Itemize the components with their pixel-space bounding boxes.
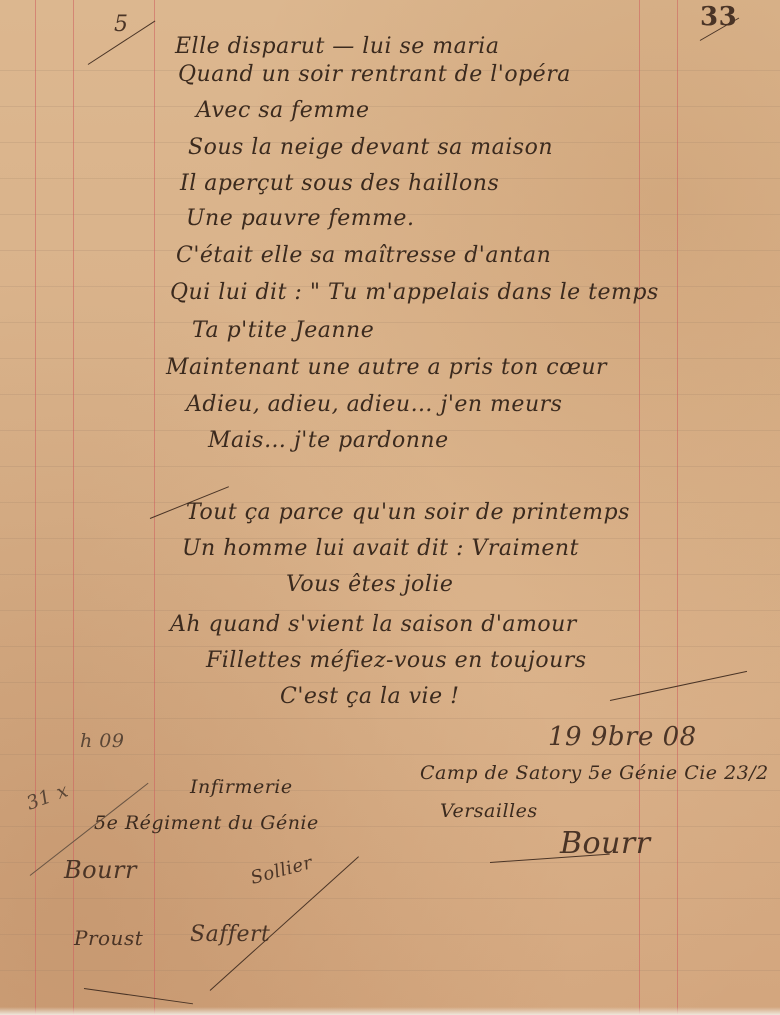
date: 19 9bre 08	[548, 722, 697, 752]
lyric-line: Tout ça parce qu'un soir de printemps	[186, 500, 630, 525]
lyric-line: Il aperçut sous des haillons	[180, 171, 499, 196]
lyric-line: Une pauvre femme.	[186, 206, 414, 231]
ruled-line	[0, 790, 780, 791]
lyric-line: Elle disparut — lui se maria	[175, 34, 499, 59]
lyric-line: Sous la neige devant sa maison	[188, 135, 553, 160]
location-line: Camp de Satory 5e Génie Cie 23/2	[420, 762, 769, 784]
lyric-line: Mais… j'te pardonne	[208, 428, 449, 453]
lyric-line: C'est ça la vie !	[280, 684, 459, 709]
signature-flourish	[84, 988, 193, 1004]
margin-line	[677, 0, 678, 1015]
margin-line	[639, 0, 640, 1015]
lyric-line: Avec sa femme	[196, 98, 370, 123]
notebook-page: 5 33 Elle disparut — lui se maria Quand …	[0, 0, 780, 1015]
ruled-line	[0, 970, 780, 971]
lyric-line: C'était elle sa maîtresse d'antan	[176, 243, 551, 268]
lyric-line: Qui lui dit : " Tu m'appelais dans le te…	[170, 280, 659, 305]
lyric-line: Ah quand s'vient la saison d'amour	[170, 612, 577, 637]
page-edge	[0, 1007, 780, 1015]
lyric-line: Ta p'tite Jeanne	[192, 318, 374, 343]
page-number: 33	[700, 2, 737, 32]
lyric-line: Fillettes méfiez-vous en toujours	[206, 648, 587, 673]
ruled-line	[0, 754, 780, 755]
signature: Sollier	[248, 852, 314, 889]
margin-note: 31 x	[24, 779, 72, 814]
ruled-line	[0, 682, 780, 683]
stamp-line: 5e Régiment du Génie	[94, 812, 319, 834]
ruled-line	[0, 646, 780, 647]
lyric-line: Un homme lui avait dit : Vraiment	[182, 536, 579, 561]
decorative-stroke	[610, 671, 747, 701]
margin-line	[154, 0, 155, 1015]
signature: Saffert	[190, 922, 270, 947]
lyric-line: Quand un soir rentrant de l'opéra	[178, 62, 571, 87]
ruled-line	[0, 898, 780, 899]
stamp-line: Infirmerie	[190, 776, 293, 798]
section-number: 5	[114, 12, 129, 37]
signature: Proust	[74, 926, 143, 950]
ruled-line	[0, 610, 780, 611]
margin-line	[35, 0, 36, 1015]
ruled-line	[0, 106, 780, 107]
ruled-line	[0, 466, 780, 467]
ruled-line	[0, 718, 780, 719]
lyric-line: Maintenant une autre a pris ton cœur	[166, 355, 607, 380]
lyric-line: Adieu, adieu, adieu… j'en meurs	[186, 392, 562, 417]
ruled-line	[0, 322, 780, 323]
lyric-line: Vous êtes jolie	[286, 572, 453, 597]
city: Versailles	[440, 800, 538, 822]
margin-note: h 09	[80, 730, 124, 752]
signature: Bourr	[64, 856, 137, 884]
